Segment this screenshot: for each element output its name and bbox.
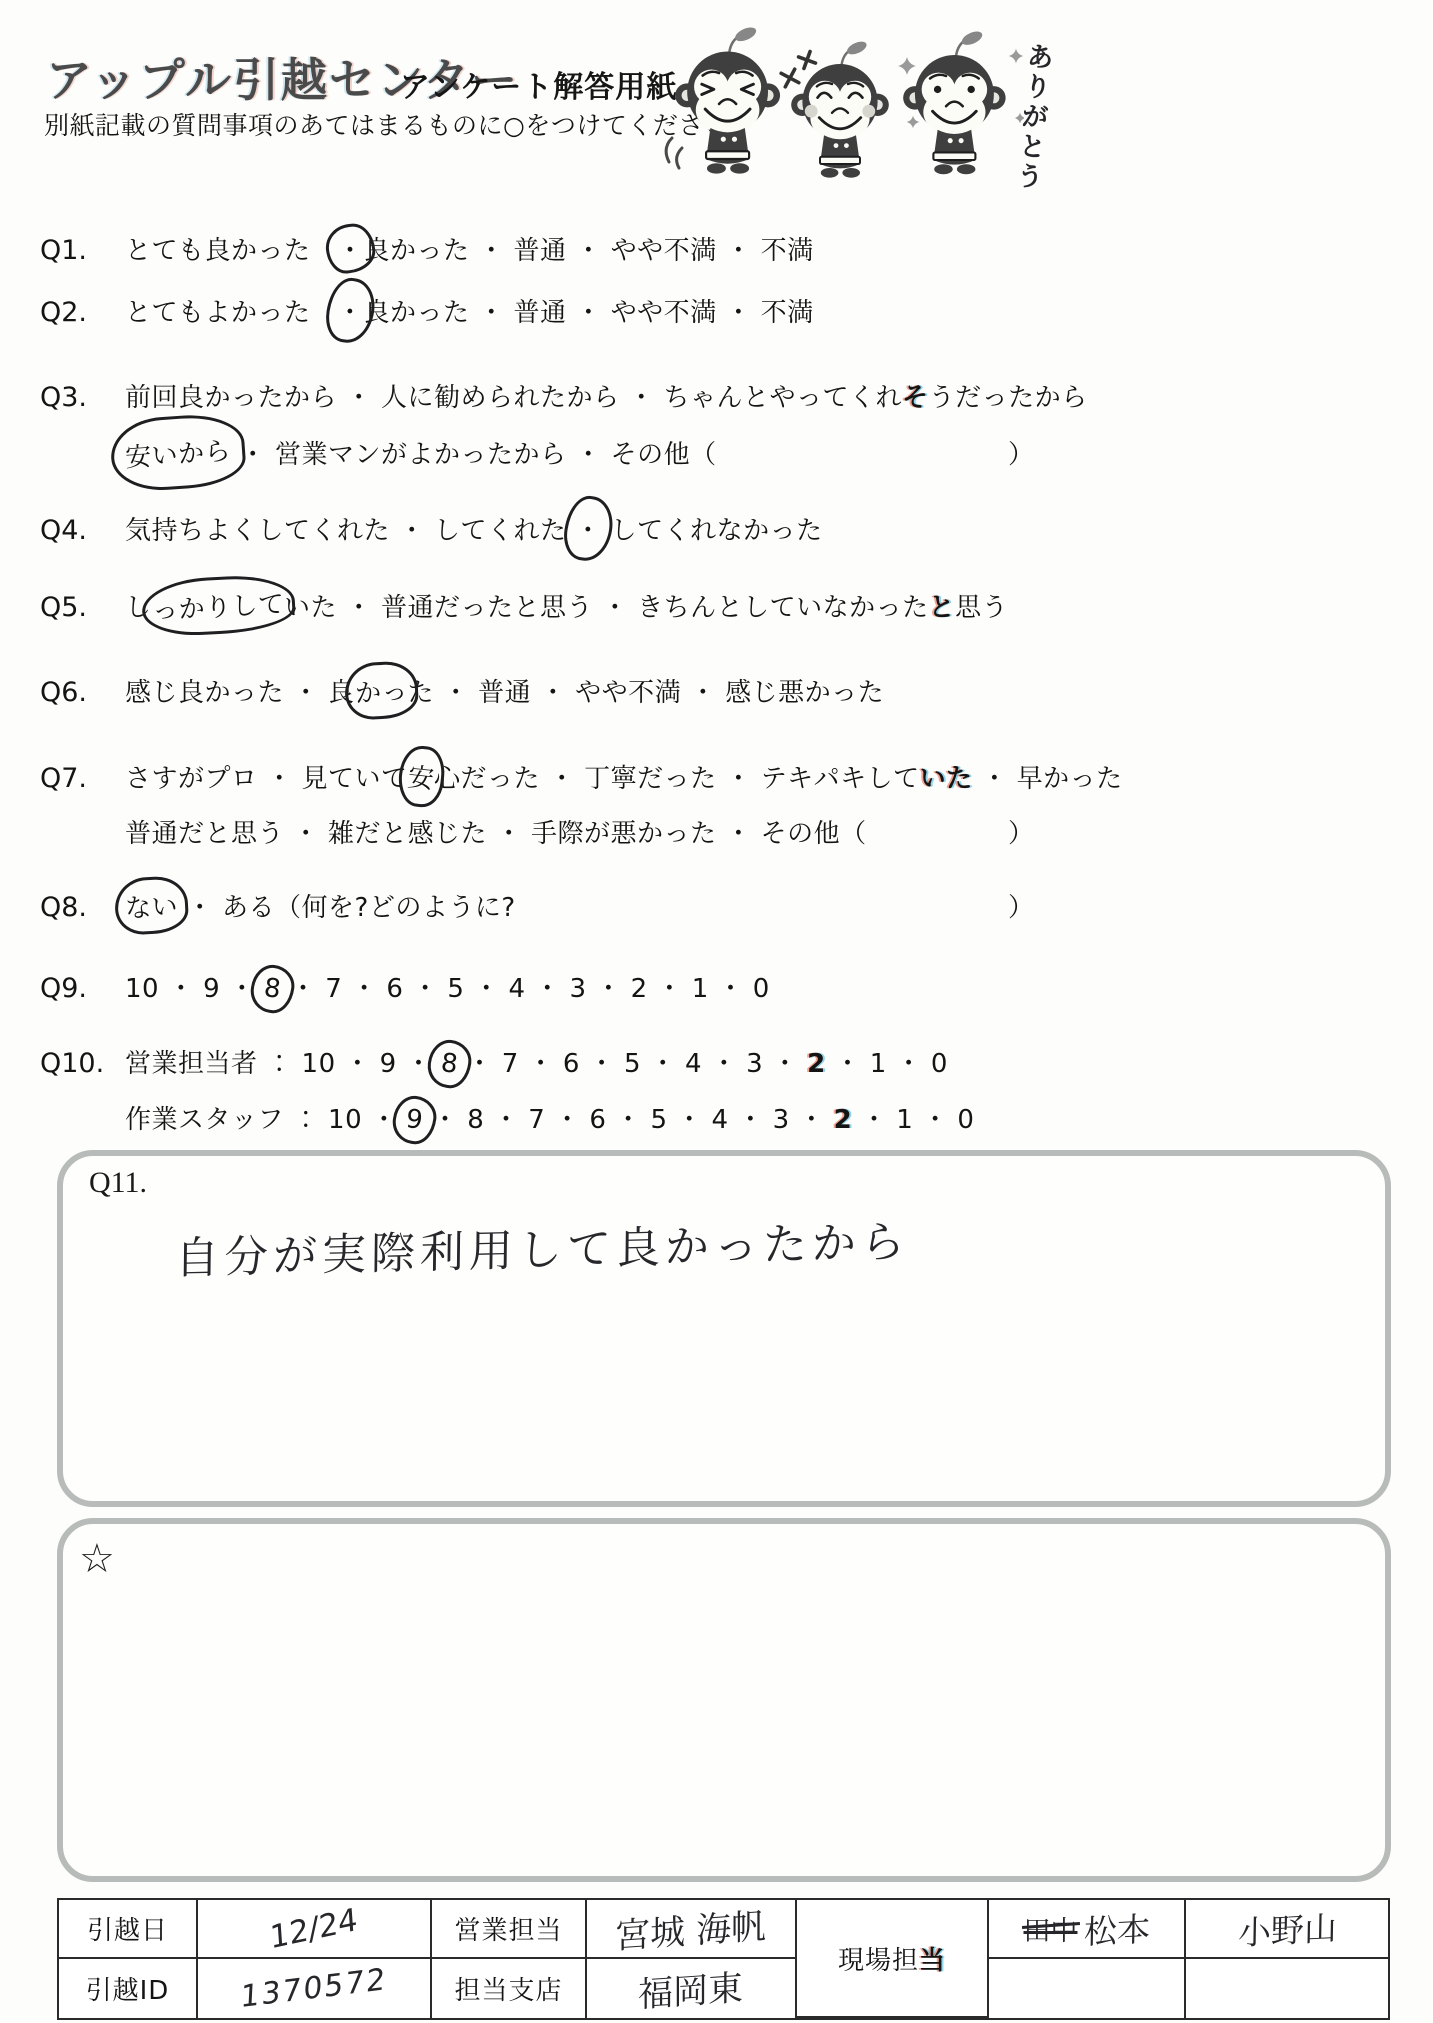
handwritten-answer-circle: ・ (560, 493, 616, 564)
option-text: そ (902, 383, 929, 413)
question-line: Q6.感じ良かった ・ 良かった ・ 普通 ・ やや不満 ・ 感じ悪かった (40, 672, 1433, 709)
question-number: Q3. (40, 382, 125, 413)
move-date-cell: 12/24 (198, 1900, 432, 1959)
option-text: ・ 7 ・ 6 ・ 5 ・ 4 ・ 3 ・ 2 ・ 1 ・ 0 (281, 974, 770, 1004)
branch-label: 担当支店 (432, 1959, 587, 2018)
option-text: 思う (955, 593, 1008, 623)
empty-cell (1186, 1959, 1388, 2018)
handwritten-answer-circle: っかりして (140, 573, 295, 638)
option-text: ・ 7 ・ 6 ・ 5 ・ 4 ・ 3 ・ (458, 1049, 807, 1079)
extra-comment-box: ☆ (57, 1518, 1391, 1882)
question-options: 10 ・ 9 ・ 8 ・ 7 ・ 6 ・ 5 ・ 4 ・ 3 ・ 2 ・ 1 ・… (125, 968, 1433, 1005)
move-date-label: 引越日 (59, 1900, 198, 1959)
question-options: 気持ちよくしてくれた ・ してくれた ・ してくれなかった (125, 510, 1433, 547)
sales-rep-label: 営業担当 (432, 1900, 587, 1959)
question-line: Q10.営業担当者 ： 10 ・ 9 ・ 8 ・ 7 ・ 6 ・ 5 ・ 4 ・… (40, 1043, 1433, 1080)
sales-rep-cell: 宮城 海帆 (587, 1900, 797, 1959)
star-icon: ☆ (79, 1536, 115, 1582)
onsite-staff2-cell: 小野山 (1186, 1900, 1388, 1959)
option-text: 前回良かったから ・ 人に勧められたから ・ ちゃんとやってくれ (125, 383, 902, 413)
option-text: 10 ・ 9 ・ (125, 974, 264, 1004)
survey-sheet: アップル引越センター アンケート解答用紙 別紙記載の質問事項のあてはまるものに○… (0, 0, 1433, 2023)
onsite-staff1-cell: 田中松本 (989, 1900, 1186, 1959)
question-options: 作業スタッフ ： 10 ・ 9 ・ 8 ・ 7 ・ 6 ・ 5 ・ 4 ・ 3 … (125, 1099, 1433, 1136)
handwritten-answer-circle: ない (114, 875, 190, 936)
question-number: Q9. (40, 973, 125, 1004)
question-line: Q3.前回良かったから ・ 人に勧められたから ・ ちゃんとやってくれそうだった… (40, 377, 1433, 414)
handwritten-answer-circle: 8 (248, 963, 297, 1016)
question-options: 感じ良かった ・ 良かった ・ 普通 ・ やや不満 ・ 感じ悪かった (125, 672, 1433, 709)
footer-table: 引越日 12/24 営業担当 宮城 海帆 現場担当 田中松本 小野山 引越ID … (57, 1898, 1390, 2020)
question-line: Q4.気持ちよくしてくれた ・ してくれた ・ してくれなかった (40, 510, 1433, 547)
option-text: ・ 早かった (973, 764, 1123, 794)
question-options: さすがプロ ・ 見ていて安心だった ・ 丁寧だった ・ テキパキしていた ・ 早… (125, 758, 1433, 795)
onsite-label: 現場担当 (797, 1900, 989, 2018)
handwritten-answer-circle: ・ (322, 275, 378, 346)
question-number: Q5. (40, 592, 125, 623)
branch-value: 福岡東 (639, 1960, 744, 2017)
question-options: とてもよかった ・良かった ・ 普通 ・ やや不満 ・ 不満 (125, 292, 1433, 329)
option-text: 良かった ・ 普通 ・ やや不満 ・ 不満 (364, 298, 814, 328)
handwritten-answer-circle: ・ (324, 222, 377, 276)
question-number: Q10. (40, 1048, 125, 1079)
option-text: ・ 1 ・ 0 (852, 1105, 974, 1135)
question-line: Q9.10 ・ 9 ・ 8 ・ 7 ・ 6 ・ 5 ・ 4 ・ 3 ・ 2 ・ … (40, 968, 1433, 1005)
option-text: してくれなかった (602, 516, 823, 546)
question-options: 普通だと思う ・ 雑だと感じた ・ 手際が悪かった ・ その他（） (125, 813, 1433, 850)
question-number: Q7. (40, 763, 125, 794)
onsite-staff1-name: 松本 (1083, 1903, 1150, 1954)
option-text: とてもよかった (125, 298, 337, 328)
option-text: と (929, 593, 956, 623)
q11-comment-box: Q11. 自分が実際利用して良かったから (57, 1150, 1391, 1507)
option-text: 作業スタッフ ： 10 ・ (125, 1105, 406, 1135)
onsite-label-last: 当 (919, 1940, 946, 1977)
questions-section: Q1.とても良かった ・良かった ・ 普通 ・ やや不満 ・ 不満Q2.とてもよ… (40, 0, 1433, 1150)
question-options: 営業担当者 ： 10 ・ 9 ・ 8 ・ 7 ・ 6 ・ 5 ・ 4 ・ 3 ・… (125, 1043, 1433, 1080)
question-line: Q7.さすがプロ ・ 見ていて安心だった ・ 丁寧だった ・ テキパキしていた … (40, 758, 1433, 795)
question-number: Q6. (40, 677, 125, 708)
option-text: ・ 営業マンがよかったから ・ その他（ (231, 440, 717, 470)
sales-rep-value: 宮城 海帆 (616, 1898, 767, 1959)
handwritten-answer-circle: かっ (343, 660, 419, 721)
branch-cell: 福岡東 (587, 1959, 797, 2018)
empty-cell (989, 1959, 1186, 2018)
option-text: ・ ある（何を?どのように? (178, 893, 516, 923)
option-text: ・ 8 ・ 7 ・ 6 ・ 5 ・ 4 ・ 3 ・ (423, 1105, 833, 1135)
option-text: ・ 1 ・ 0 (826, 1049, 948, 1079)
closing-paren: ） (1008, 434, 1035, 471)
move-id-value: 1370572 (240, 1962, 388, 2015)
onsite-label-main: 現場担 (838, 1940, 919, 1977)
option-text: とても良かった (125, 236, 337, 266)
question-line: 作業スタッフ ： 10 ・ 9 ・ 8 ・ 7 ・ 6 ・ 5 ・ 4 ・ 3 … (40, 1099, 1433, 1136)
onsite-staff1-struck-name: 田中 (1024, 1909, 1078, 1948)
question-line: Q2.とてもよかった ・良かった ・ 普通 ・ やや不満 ・ 不満 (40, 292, 1433, 329)
option-text: うだったから (929, 383, 1088, 413)
handwritten-answer-circle: 安 (395, 744, 446, 809)
question-options: ない ・ ある（何を?どのように?） (125, 887, 1433, 924)
option-text: 良かった ・ 普通 ・ やや不満 ・ 不満 (364, 236, 814, 266)
q11-handwritten-answer: 自分が実際利用して良かったから (175, 1206, 911, 1287)
question-line: Q8.ない ・ ある（何を?どのように?） (40, 887, 1433, 924)
option-text: 営業担当者 ： 10 ・ 9 ・ (125, 1049, 441, 1079)
option-text: 気持ちよくしてくれた ・ してくれた (125, 516, 575, 546)
option-text: いた (920, 764, 973, 794)
handwritten-answer-circle: 安いから (109, 411, 248, 493)
option-text: さすがプロ ・ 見ていて (125, 764, 408, 794)
closing-paren: ） (1008, 887, 1035, 924)
option-text: いた ・ 普通だったと思う ・ きちんとしていなかった (284, 593, 929, 623)
onsite-staff2-name: 小野山 (1237, 1902, 1337, 1954)
question-line: 普通だと思う ・ 雑だと感じた ・ 手際が悪かった ・ その他（） (40, 813, 1433, 850)
question-options: しっかりしていた ・ 普通だったと思う ・ きちんとしていなかったと思う (125, 587, 1433, 624)
option-text: 2 (807, 1049, 826, 1079)
move-id-label: 引越ID (59, 1959, 198, 2018)
question-line: 安いから ・ 営業マンがよかったから ・ その他（） (40, 434, 1433, 471)
closing-paren: ） (1008, 813, 1035, 850)
question-line: Q5.しっかりしていた ・ 普通だったと思う ・ きちんとしていなかったと思う (40, 587, 1433, 624)
move-date-value: 12/24 (269, 1901, 359, 1956)
move-id-cell: 1370572 (198, 1959, 432, 2018)
option-text: 心だった ・ 丁寧だった ・ テキパキして (434, 764, 920, 794)
handwritten-answer-circle: 9 (390, 1094, 439, 1147)
option-text: 普通だと思う ・ 雑だと感じた ・ 手際が悪かった ・ その他（ (125, 819, 867, 849)
question-number: Q1. (40, 235, 125, 266)
question-line: Q1.とても良かった ・良かった ・ 普通 ・ やや不満 ・ 不満 (40, 230, 1433, 267)
question-options: 前回良かったから ・ 人に勧められたから ・ ちゃんとやってくれそうだったから (125, 377, 1433, 414)
option-text: た ・ 普通 ・ やや不満 ・ 感じ悪かった (408, 678, 885, 708)
question-number: Q4. (40, 515, 125, 546)
handwritten-answer-circle: 8 (425, 1038, 474, 1091)
question-options: とても良かった ・良かった ・ 普通 ・ やや不満 ・ 不満 (125, 230, 1433, 267)
q11-label: Q11. (89, 1166, 147, 1200)
option-text: 感じ良かった ・ 良 (125, 678, 355, 708)
question-options: 安いから ・ 営業マンがよかったから ・ その他（） (125, 434, 1433, 471)
question-number: Q2. (40, 297, 125, 328)
option-text: 2 (834, 1105, 853, 1135)
question-number: Q8. (40, 892, 125, 923)
